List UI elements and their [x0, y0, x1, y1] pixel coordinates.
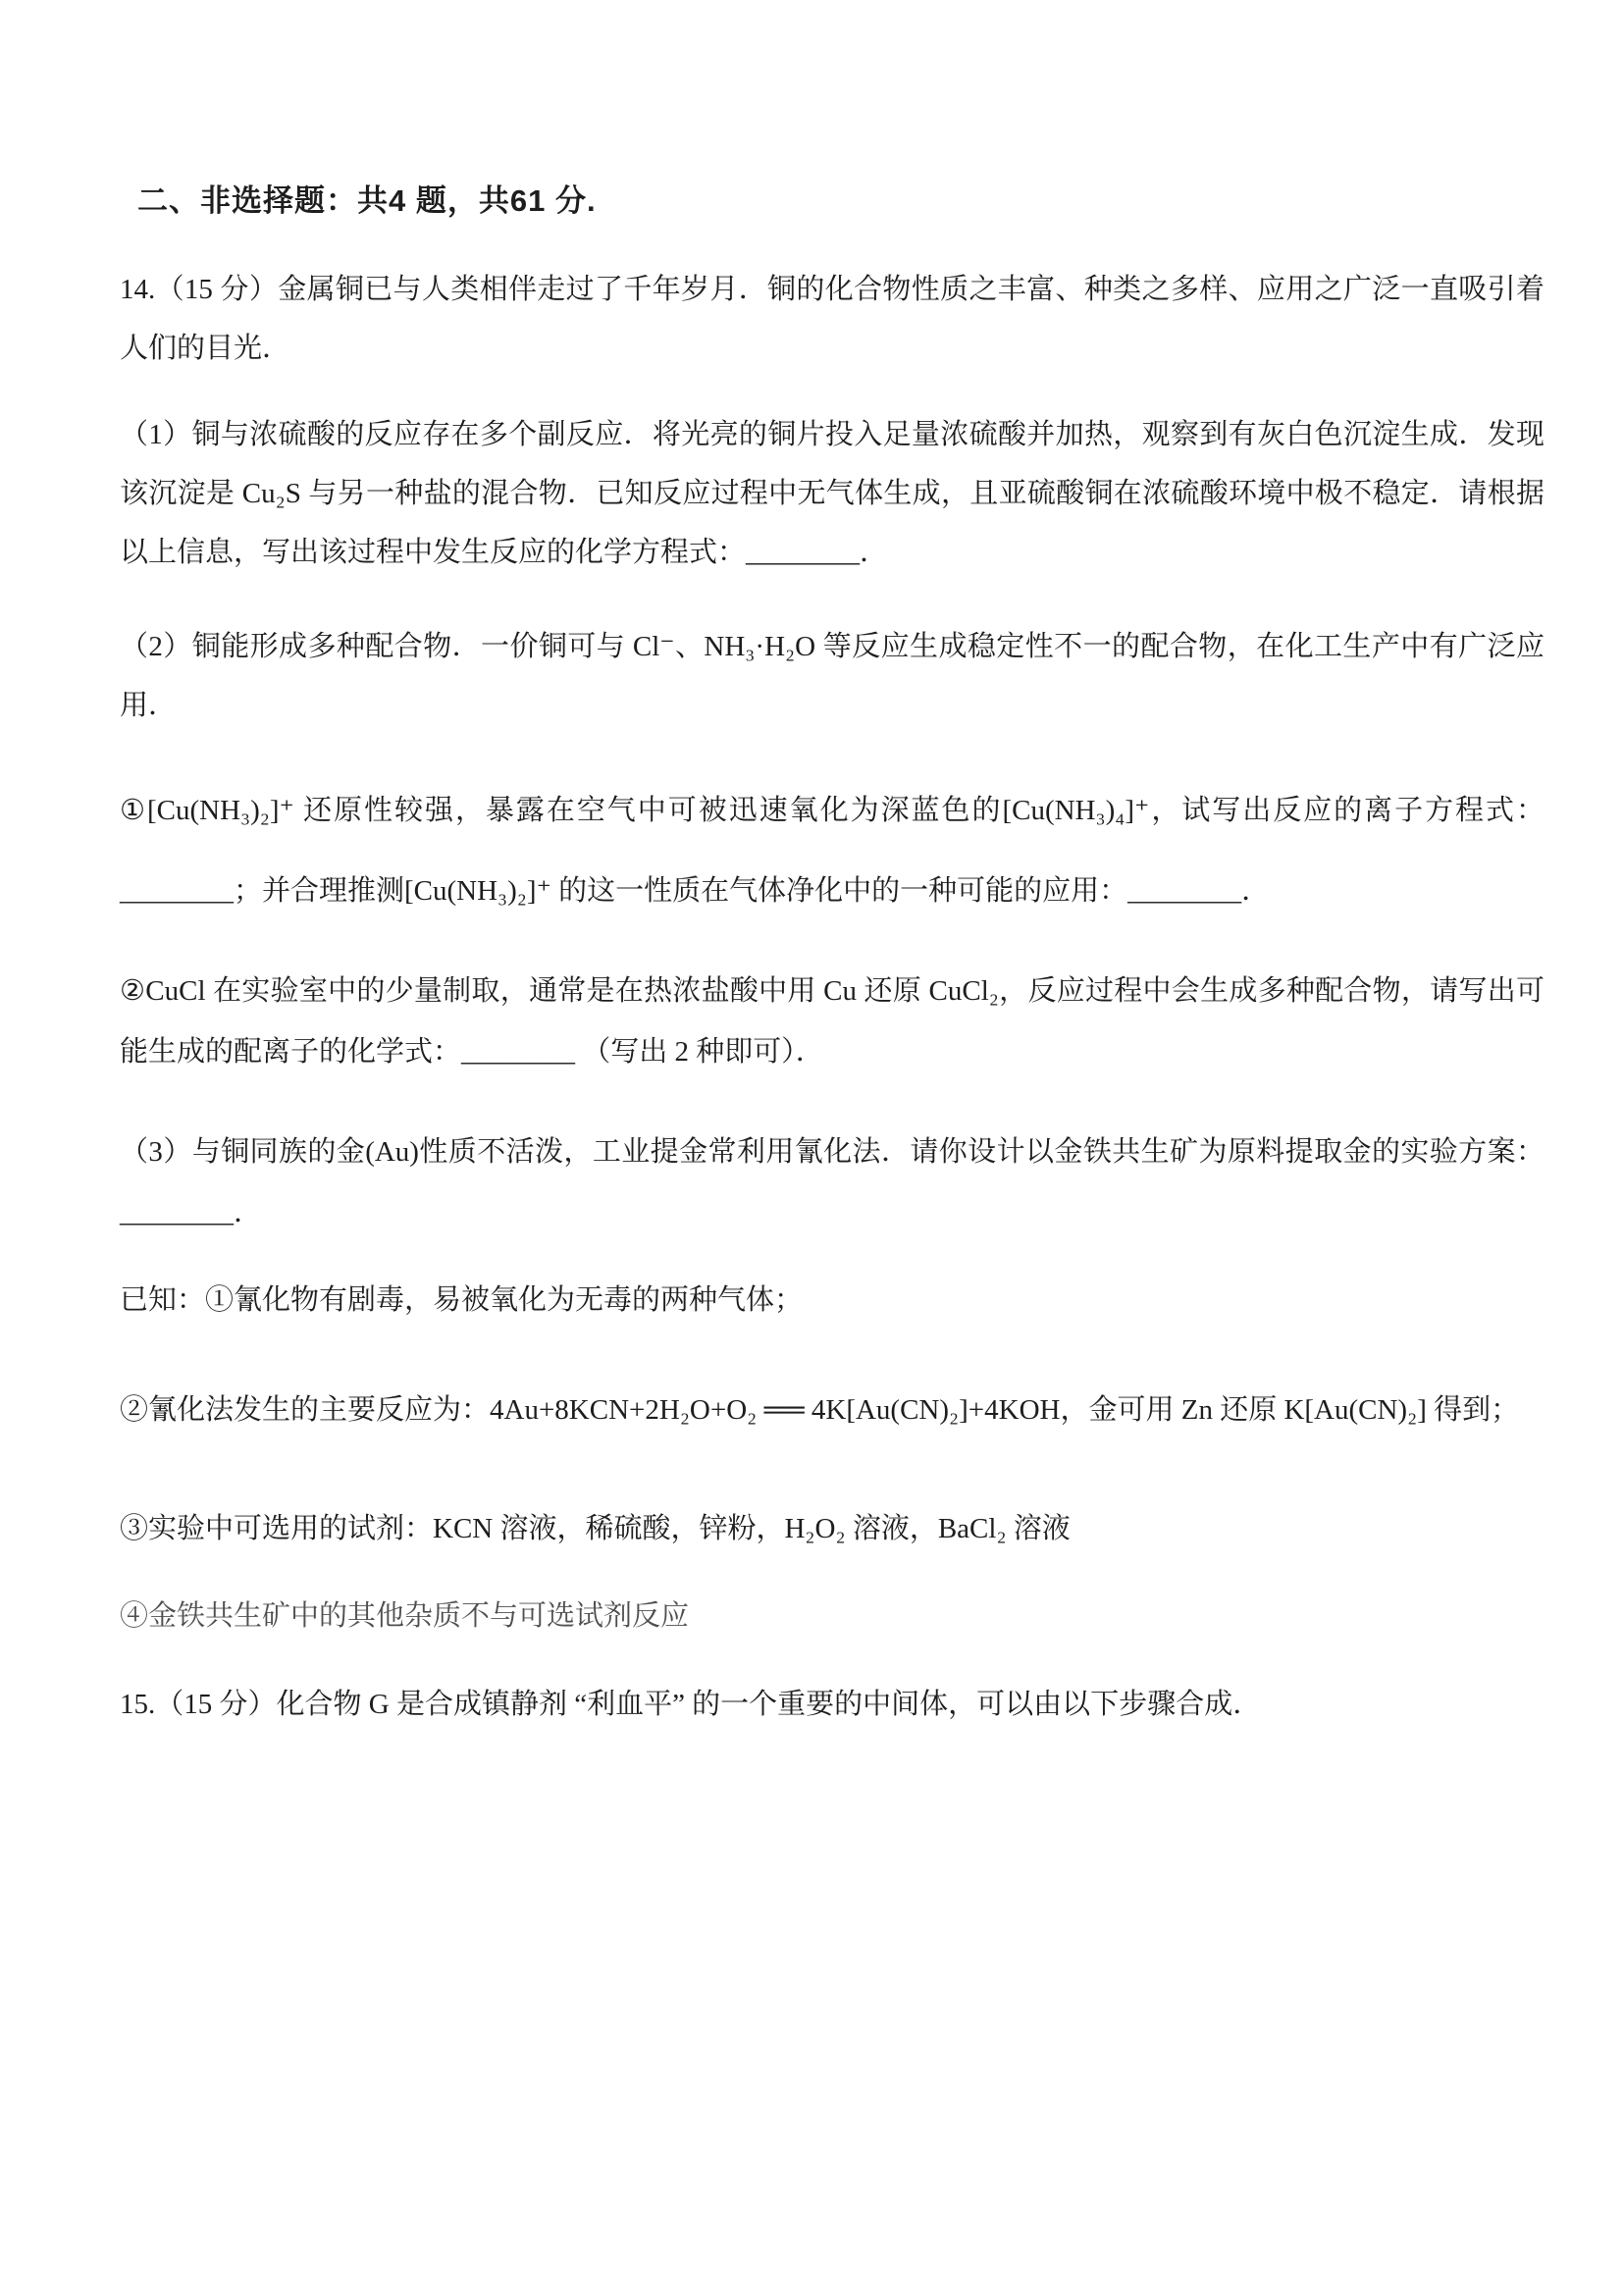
question-14-intro: 14.（15 分）金属铜已与人类相伴走过了千年岁月．铜的化合物性质之丰富、种类之… [120, 260, 1544, 378]
question-14-known-2-equation: ②氰化法发生的主要反应为：4Au+8KCN+2H₂O+O₂ ══ 4K[Au(C… [120, 1359, 1544, 1461]
question-14-part2-sub1: ①[Cu(NH₃)₂]⁺ 还原性较强，暴露在空气中可被迅速氧化为深蓝色的[Cu(… [120, 770, 1544, 931]
exam-page: 二、非选择题：共4 题，共61 分. 14.（15 分）金属铜已与人类相伴走过了… [0, 0, 1623, 2296]
question-14-known-1: 已知：①氰化物有剧毒，易被氧化为无毒的两种气体； [120, 1271, 1544, 1330]
question-14-part2-intro: （2）铜能形成多种配合物．一价铜可与 Cl⁻、NH₃·H₂O 等反应生成稳定性不… [120, 617, 1544, 735]
section-heading: 二、非选择题：共4 题，共61 分. [137, 172, 1562, 231]
question-14-part3: （3）与铜同族的金(Au)性质不活泼，工业提金常利用氰化法．请你设计以金铁共生矿… [120, 1122, 1544, 1243]
question-14-known-4: ④金铁共生矿中的其他杂质不与可选试剂反应 [120, 1587, 1544, 1645]
question-14-part1: （1）铜与浓硫酸的反应存在多个副反应．将光亮的铜片投入足量浓硫酸并加热，观察到有… [120, 405, 1544, 582]
question-15-intro: 15.（15 分）化合物 G 是合成镇静剂 “利血平” 的一个重要的中间体，可以… [120, 1675, 1544, 1734]
question-14-part2-sub2: ②CuCl 在实验室中的少量制取，通常是在热浓盐酸中用 Cu 还原 CuCl₂，… [120, 961, 1544, 1082]
question-14-known-3-reagents: ③实验中可选用的试剂：KCN 溶液，稀硫酸，锌粉，H₂O₂ 溶液，BaCl₂ 溶… [120, 1496, 1544, 1561]
